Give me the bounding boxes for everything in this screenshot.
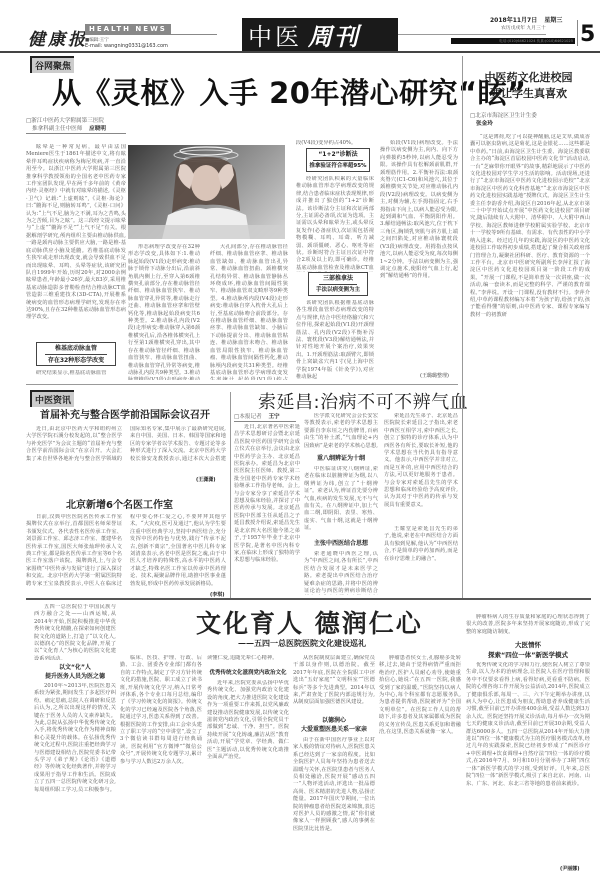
section-banner: 中医 周刊	[242, 18, 398, 51]
lead-col5-author: (王璐璐整理)	[420, 372, 449, 379]
lead-col5-text: 始段(V1段)病理改变。手法操作以病变侧为主,向内、向下方向弹拨约5秒钟,以病人…	[380, 140, 458, 372]
culture-col6-text: 优秀传统文化的学习和力行,使医院人树立了尊崇生命,以人为本的治病理念,让医院人在…	[466, 662, 590, 862]
lead-col4-intro: 段(V4段)变异约占40%。	[296, 140, 374, 148]
contact-bar: 电话:(010)64621024 传真:(010)64621025	[451, 38, 575, 44]
feature-headline: 索延昌:治病不可不辨气血	[258, 388, 468, 414]
weekday-text: 星期三	[544, 17, 562, 24]
culture-subhead-left: 以文“化”人 提升医务人员为医之德	[34, 663, 116, 681]
lead-boxed-subhead-1: 椎基底动脉血管 存在32种形态学改变	[36, 342, 116, 366]
culture-subheadline: ——五四一总医院医院文化建设巡礼	[238, 638, 366, 649]
sidebar-text: “这是薄荷,吃了可以提神醒脑,这是艾草,做成香囊可以驱虫防病,这是菊花,这是金银…	[470, 134, 590, 586]
subhead-1-line2: 存在32种形态学改变	[37, 355, 115, 366]
feature-byline: □本报记者 王宁	[234, 413, 296, 422]
culture-col2-text: 临床、医技、护理、行政、后勤、工会、团委各专业部门都有各自的工作特点,制定了学习…	[120, 655, 202, 873]
sidebar-byline: □北京市海淀区卫生计生委 张金玲	[470, 112, 588, 128]
culture-col6-author: (尹丽娜)	[560, 865, 580, 872]
subhead-1-line1: 椎基底动脉血管	[45, 344, 107, 355]
banner-rule	[398, 34, 546, 35]
feature-col3-text2: 王耀堂是索延昌先生的弟子,他说,索老在中西医结合方面具有独到见解,他认为“中西医…	[384, 526, 458, 594]
lead-col1-tail: 研究结果显示,椎基底动脉血管	[36, 370, 126, 378]
news-item2-author: (李琪)	[210, 591, 225, 598]
byline-author: 应晓明	[89, 126, 106, 132]
news-item1-headline: 首届补充与整合医学前沿国际会议召开	[40, 406, 230, 421]
feature-subhead-2: 主张中西医结合思想	[304, 538, 378, 547]
page-number-divider	[577, 20, 578, 46]
feature-byline-author: 王宁	[268, 414, 279, 420]
masthead-bottom-rule	[0, 51, 600, 53]
culture-subhead-col6: 大医情怀 探索“四位一体”新医学模式	[466, 640, 590, 660]
subhead-2-line2: 推拿验证符合率超95%	[307, 161, 369, 172]
byline-org: □浙江中医药大学附属第三医院	[26, 117, 126, 125]
culture-subhead-right: 以德润心 大爱重塑医患关系一家亲	[293, 716, 375, 734]
culture-subhead-right-line2: 大爱重塑医患关系一家亲	[293, 725, 375, 734]
feature-subhead-1: 重八纲辨证为十纲	[304, 453, 378, 462]
news-divider	[230, 392, 231, 600]
sidebar-headline-line1: 中医药文化进校园	[466, 70, 591, 86]
culture-col4-text: 从医院制度层面建立,确保党员干部以身作则,以德治院。截至2017年年底,医院在全…	[293, 655, 375, 715]
lead-boxed-subhead-3: 三部推拿法 手法以病变侧为主	[308, 272, 368, 296]
culture-col4-text2: 由于在新中国医疗事业上以对家人般的情谊对待病人,医院医患关系已经达到了一家亲的程…	[293, 737, 375, 873]
news-item2-headline: 北京新增6个名医工作室	[66, 496, 173, 511]
section-tag-news: 中医资讯	[30, 390, 74, 407]
lunar-date: 农历戊戌年 九月三十	[501, 24, 546, 31]
date-text: 2018年11月7日	[490, 17, 537, 24]
lead-bottom-rule	[26, 384, 458, 385]
news-item2-text: 日前,汉典中医医院名医传承工作室揭牌仪式在京举行,首都国医名师荣誉证书颁发仪式、…	[26, 514, 226, 594]
culture-subhead-col6-line2: 探索“四位一体”新医学模式	[466, 650, 590, 660]
feature-col1-text: 近日,北京著名中医索延昌学术思想研讨会暨北京延昌医院中医药国学研究会成立仪式在京…	[234, 424, 300, 594]
section-title-right: 周刊	[308, 17, 360, 52]
lead-col1-text: 眩晕是一种常见病，最早由法国Meniere医生于1861年描述中文,将有眩晕伴耳…	[26, 144, 126, 344]
woman-headache-illustration	[128, 145, 285, 239]
subhead-2-line1: “1+2”诊断法	[313, 150, 363, 161]
sidebar-divider-top	[462, 56, 463, 386]
lead-boxed-subhead-2: “1+2”诊断法 推拿验证符合率超95%	[306, 148, 370, 172]
feature-col2-text3: 索老通晓中西医之理,认为“中西医之间,各有所长”,中西医结合发展才是未来医学之路…	[304, 551, 378, 595]
culture-col6-intro: 肿瘤科病人的生存质量和家庭的心理状态得到了很大的改善,医院多年来坚持开展家庭随访…	[466, 614, 590, 638]
culture-subhead-col6-line1: 大医情怀	[466, 640, 590, 650]
sidebar-divider-mid	[462, 386, 463, 600]
news-item1-author: (王潇潇)	[196, 476, 216, 483]
byline-dept: 推拿科副主任中医师	[32, 126, 82, 132]
email-line: E-mail: wangning0331@163.com	[85, 43, 168, 49]
culture-intro-text: 五四一总医院位于中国民族与西方融合之处——山西运城,从2014年开始,医院积极推…	[34, 604, 116, 660]
culture-subhead-left-line1: 以文“化”人	[34, 663, 116, 672]
lead-col3-text: 大孔间部分,存在椎动脉管径纤细、椎动脉血管痉挛、椎动脉血管缺如、椎动脉血管出孔异…	[210, 244, 288, 380]
culture-subhead-right-line1: 以德润心	[293, 716, 375, 725]
feature-col2-text2: 中医临证讲究八纲辨证,索老在临床以脏腑辨证为纲,以八纲辨证为纬,创立了“十纲辨证…	[304, 466, 378, 534]
subhead-3-line2: 手法以病变侧为主	[309, 285, 367, 296]
issue-date: 2018年11月7日 星期三	[490, 15, 562, 24]
lead-col4-tail: 该研究团队根据椎基底动脉各生理段血管形态病理改变的特点与规律,结合中医经络腧穴和…	[296, 300, 374, 380]
culture-col3-text: 读懂仁爱,追随先辈仁心精神。	[207, 655, 289, 663]
feature-col2-text: 医学派文化研究会会长安宏等教授表示,索老的学术思想主要源自李东垣之内伤脾胃,百病…	[304, 413, 378, 449]
english-name-badge: HEALTH NEWS	[85, 24, 171, 34]
sidebar-headline-line2: 要让学生真喜欢	[466, 86, 591, 102]
sidebar-byline-org: □北京市海淀区卫生计生委	[470, 112, 588, 120]
sidebar-headline: 中医药文化进校园 要让学生真喜欢	[466, 70, 591, 102]
feature-byline-prefix: □本报记者	[234, 414, 262, 420]
culture-col3-text2: 近年来,医院党委从弘扬中华优秀传统文化、加强党内政治文化建设的角度,把大力推进医…	[207, 680, 289, 874]
masthead-rule	[85, 34, 217, 35]
lead-col2-text: 形态病理学改变存在32种形态学改变,具体如下:1.椎动脉起始段(V1段)走形病变…	[128, 244, 200, 380]
culture-subhead-left-line2: 提升医务人员为医之德	[34, 672, 116, 681]
lead-photo	[128, 145, 285, 239]
paper-name-logo: 健康报	[28, 25, 88, 50]
masthead: 健康报 HEALTH NEWS ■编辑:王宁 E-mail: wangning0…	[0, 0, 600, 52]
lead-byline: □浙江中医药大学附属第三医院 推拿科副主任中医师 应晓明	[26, 117, 126, 134]
subhead-3-line1: 三部推拿法	[319, 274, 357, 285]
page-number: 5	[580, 22, 595, 47]
mid-bottom-rule	[26, 598, 591, 600]
culture-headline: 文化育人 德润仁心	[196, 604, 423, 640]
lead-col4-text: 经研究团队积累的大量临床椎动脉血管形态学病理改变的规律,结合患者临床症状表现规律…	[296, 176, 374, 272]
sidebar-byline-author: 张金玲	[470, 121, 493, 127]
lead-headline: 从《灵枢》入手 20年潜心研究“眩”	[52, 71, 527, 112]
culture-subhead-mid: 优秀传统文化滋润党内政治文化	[207, 668, 289, 676]
news-item1-text: 近日,由北京中医药大学和纽约州立大学医学院石溪分校发起的,以“整合医学与补充医学…	[26, 426, 226, 470]
feature-col3-text: 索延昌先生弟子、北京延昌医院院长索延昌之子指出,索老中西医互相学习,索中西医之长…	[384, 413, 458, 523]
culture-col1-text: 2010年~2013年,医院医患关系较为紧张,期间发生了多起医疗纠纷。痛定思痛,…	[34, 683, 116, 873]
section-title-left: 中医	[248, 17, 302, 52]
culture-col5-text: 肿瘤患者侯女士,孔腺癌多处转移,过去,她由于觉得病情严重而拒绝治疗,医护人员耐心…	[379, 655, 461, 873]
